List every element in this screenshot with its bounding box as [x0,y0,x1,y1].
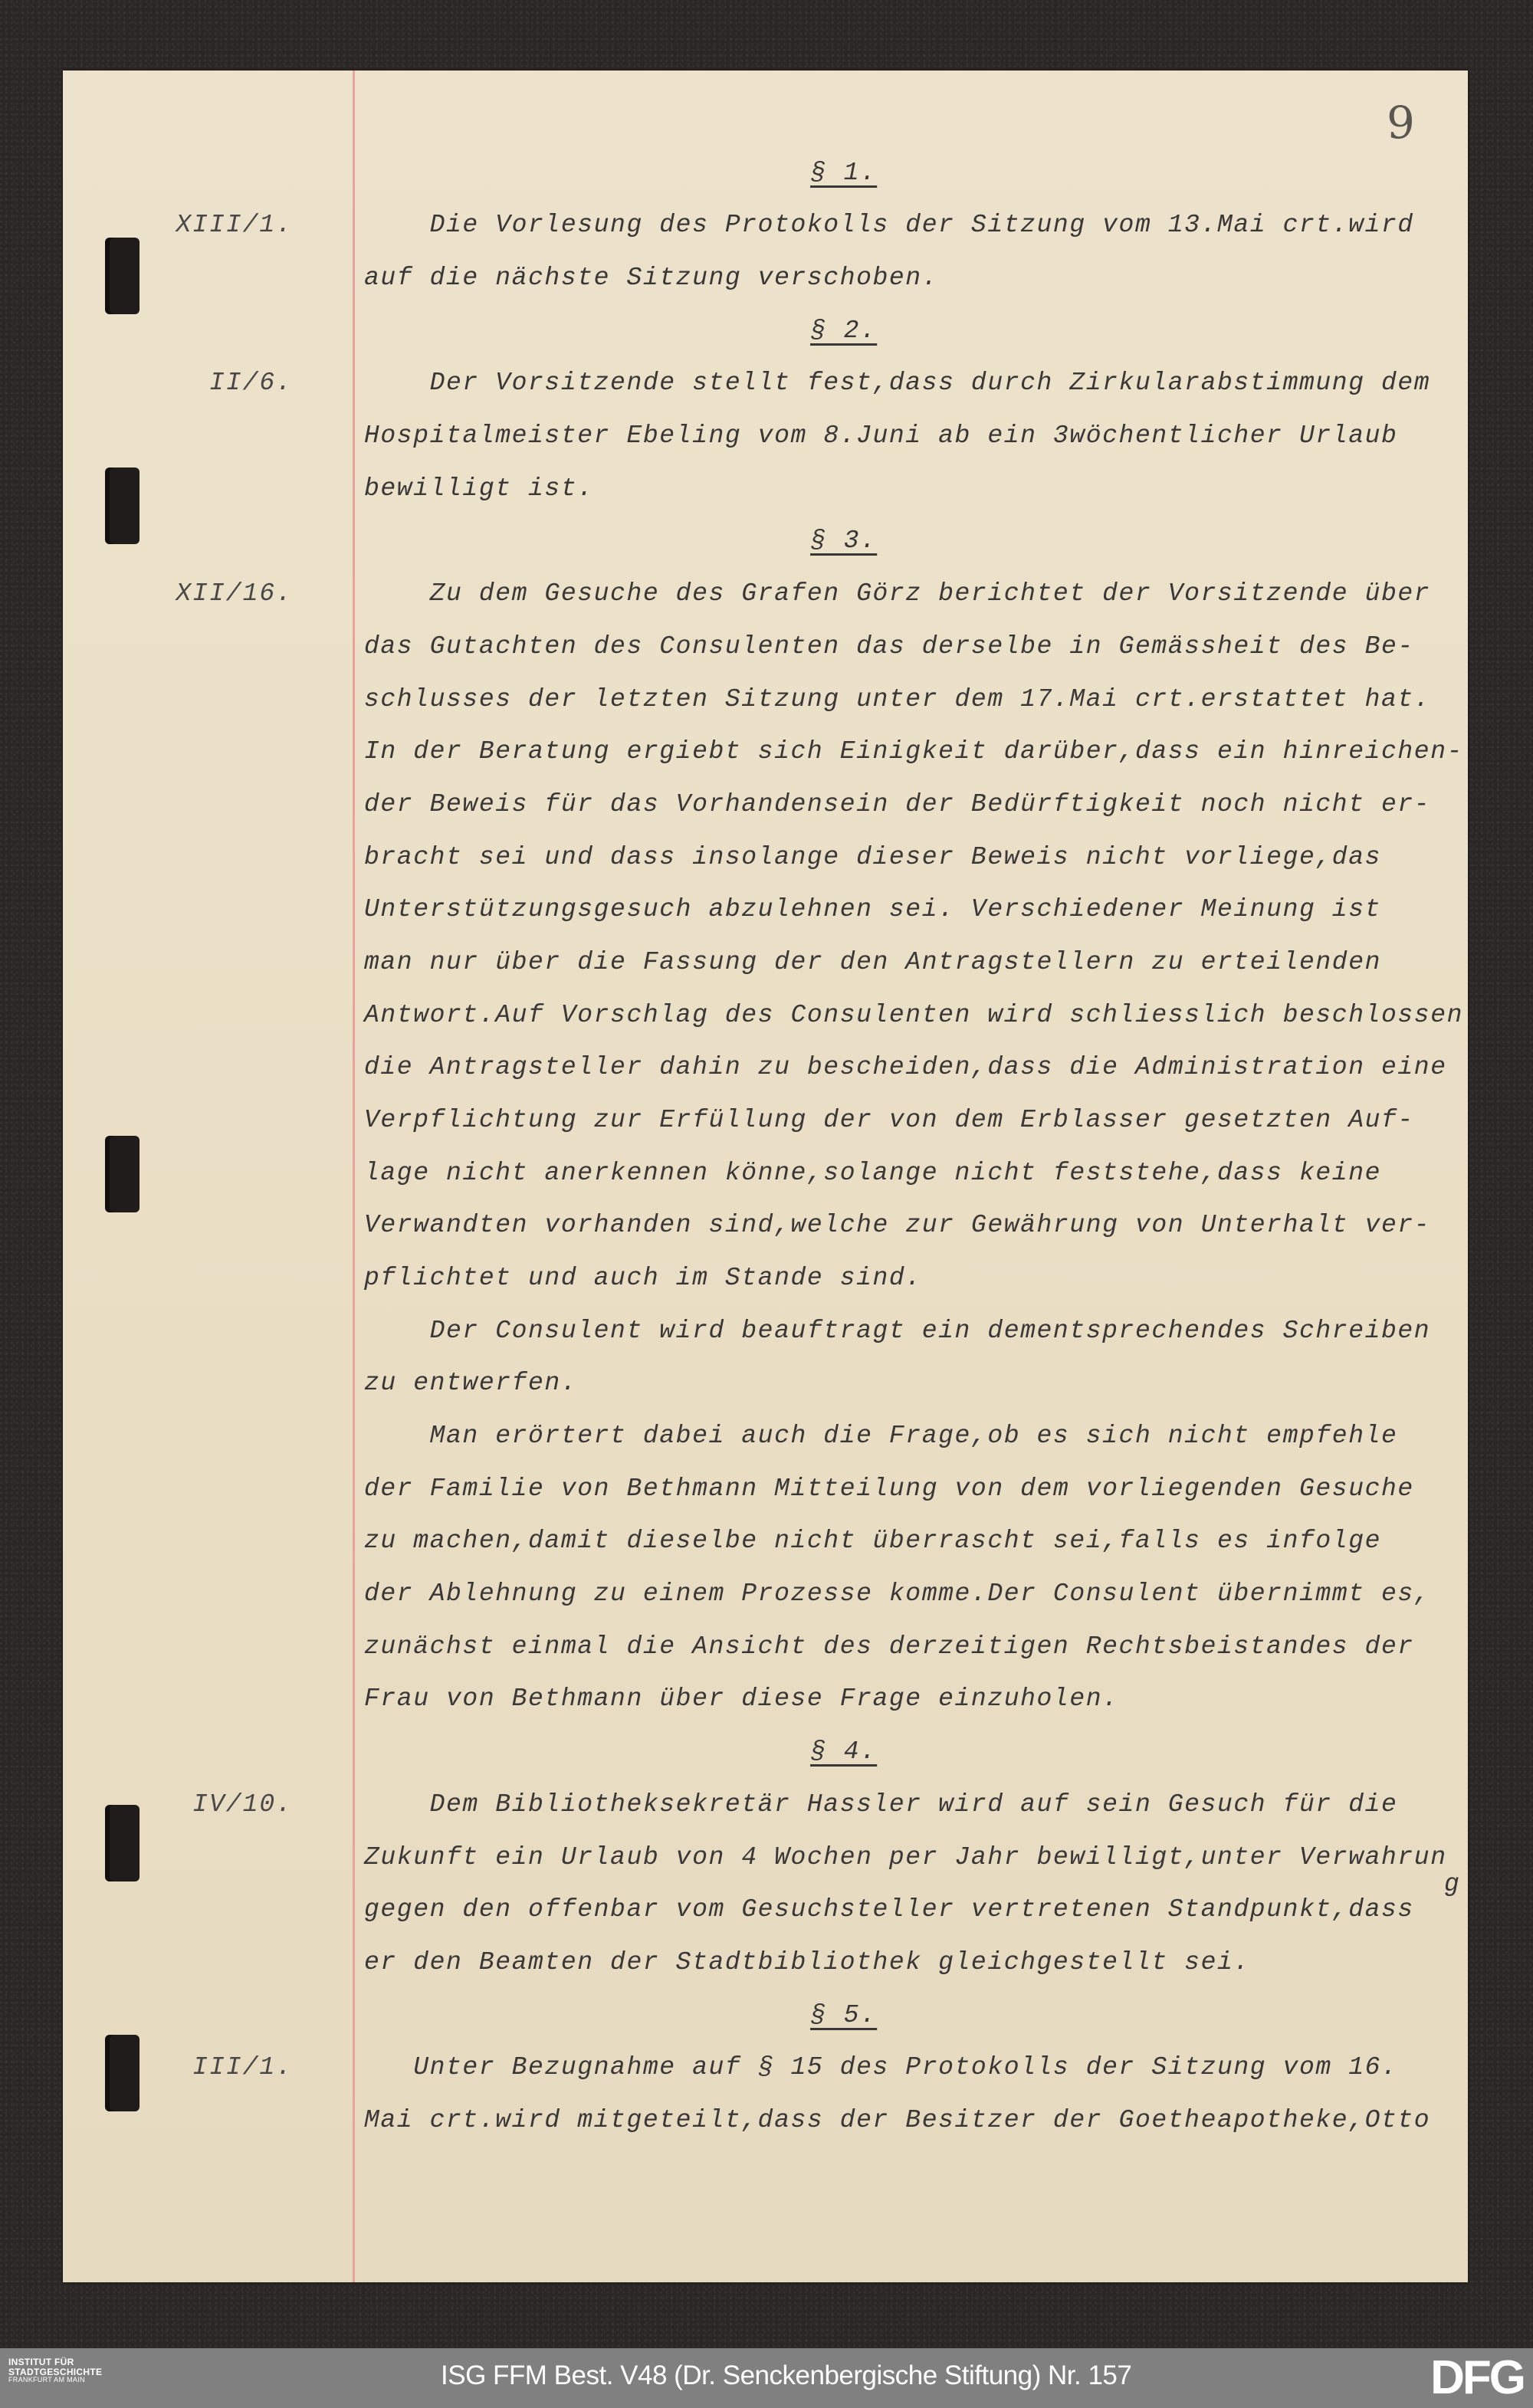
text-line: Verwandten vorhanden sind,welche zur Gew… [364,1211,1430,1239]
text-line: Frau von Bethmann über diese Frage einzu… [364,1685,1119,1713]
text-line: zu entwerfen. [364,1369,577,1397]
text-line: Mai crt.wird mitgeteilt,dass der Besitze… [364,2106,1430,2134]
section-heading-3: § 3. [810,527,877,555]
text-line: Zukunft ein Urlaub von 4 Wochen per Jahr… [364,1843,1447,1872]
text-line: Unterstützungsgesuch abzulehnen sei. Ver… [364,895,1381,924]
text-line: bewilligt ist. [364,474,594,503]
text-line: der Ablehnung zu einem Prozesse komme.De… [364,1580,1430,1608]
institute-name-line1: INSTITUT FÜR [8,2357,102,2367]
text-line: Unter Bezugnahme auf § 15 des Protokolls… [364,2053,1397,2082]
section-heading-4: § 4. [810,1737,877,1766]
text-line: schlusses der letzten Sitzung unter dem … [364,685,1430,714]
text-line: er den Beamten der Stadtbibliothek gleic… [364,1948,1250,1977]
binding-hole [105,467,140,544]
text-line: Verpflichtung zur Erfüllung der von dem … [364,1106,1414,1134]
text-line: die Antragsteller dahin zu bescheiden,da… [364,1053,1447,1081]
margin-reference-1: XIII/1. [63,211,293,239]
text-line: In der Beratung ergiebt sich Einigkeit d… [364,737,1463,766]
text-line: zu machen,damit dieselbe nicht überrasch… [364,1527,1381,1555]
text-line: der Beweis für das Vorhandensein der Bed… [364,790,1430,819]
red-margin-line [353,71,355,2282]
section-heading-5: § 5. [810,2001,877,2029]
text-line: bracht sei und dass insolange dieser Bew… [364,843,1381,871]
text-line: gegen den offenbar vom Gesuchsteller ver… [364,1895,1414,1924]
binding-hole [105,238,140,314]
text-line: Zu dem Gesuche des Grafen Görz berichtet… [364,579,1430,608]
margin-reference-5: III/1. [63,2053,293,2082]
dfg-logo: DFG [1430,2354,1524,2402]
institute-city: FRANKFURT AM MAIN [8,2377,102,2383]
margin-reference-2: II/6. [63,369,293,397]
margin-reference-4: IV/10. [63,1790,293,1819]
text-line: Dem Bibliotheksekretär Hassler wird auf … [364,1790,1397,1819]
text-line: Die Vorlesung des Protokolls der Sitzung… [364,211,1414,239]
text-line: das Gutachten des Consulenten das dersel… [364,632,1414,661]
text-line: Man erörtert dabei auch die Frage,ob es … [364,1422,1397,1450]
page-number: 9 [1387,97,1415,149]
text-line: Der Consulent wird beauftragt ein dement… [364,1317,1430,1345]
text-line: Hospitalmeister Ebeling vom 8.Juni ab ei… [364,422,1397,450]
text-line: zunächst einmal die Ansicht des derzeiti… [364,1632,1414,1661]
section-heading-2: § 2. [810,317,877,345]
text-line: Der Vorsitzende stellt fest,dass durch Z… [364,369,1430,397]
document-page: 9 § 1. XIII/1. Die Vorlesung des Protoko… [63,71,1468,2282]
text-line: Antwort.Auf Vorschlag des Consulenten wi… [364,1001,1463,1029]
text-line: auf die nächste Sitzung verschoben. [364,264,938,292]
institute-logo: INSTITUT FÜR STADTGESCHICHTE FRANKFURT A… [8,2357,102,2384]
text-line: pflichtet und auch im Stande sind. [364,1264,922,1292]
text-line: man nur über die Fassung der den Antrags… [364,948,1381,976]
section-heading-1: § 1. [810,159,877,187]
binding-hole [105,1136,140,1212]
archive-caption: ISG FFM Best. V48 (Dr. Senckenbergische … [441,2360,1131,2391]
margin-reference-3: XII/16. [63,579,293,608]
archive-footer-bar: INSTITUT FÜR STADTGESCHICHTE FRANKFURT A… [0,2348,1533,2408]
text-line: lage nicht anerkennen könne,solange nich… [364,1159,1381,1187]
text-line: der Familie von Bethmann Mitteilung von … [364,1475,1414,1503]
overflow-character: g [1444,1870,1459,1898]
